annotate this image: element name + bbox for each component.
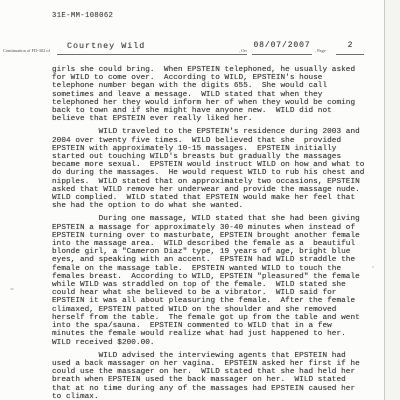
paragraph-1: girls she could bring. When EPSTEIN tele… xyxy=(52,66,370,123)
document-line: EPSTEIN with approximately 10-15 massage… xyxy=(52,145,370,153)
paragraph-4: WILD advised the interviewing agents tha… xyxy=(52,352,370,400)
scanned-document-page: 31E-MM-108062 Continuation of FD-302 of … xyxy=(0,0,400,400)
document-line: EPSTEIN it was all about pleasuring the … xyxy=(52,297,370,305)
document-line: asked that WILD remove her underwear and… xyxy=(52,186,370,194)
page-edge-scan-line xyxy=(384,0,385,400)
document-line: she had the option to do what she wanted… xyxy=(52,202,370,210)
document-line: telephone number began with the digits 6… xyxy=(52,82,370,90)
document-line: girls she could bring. When EPSTEIN tele… xyxy=(52,66,370,74)
scan-speck xyxy=(372,266,374,268)
document-line: used a back massager on her vagina. EPST… xyxy=(52,360,370,368)
page-label: , Page xyxy=(315,48,326,53)
scan-speck xyxy=(10,288,14,290)
on-label: , On xyxy=(239,48,247,53)
document-line: to climax. xyxy=(52,393,370,400)
document-line: herself from the table. The female got u… xyxy=(52,314,370,322)
document-line: During one massage, WILD stated that she… xyxy=(52,215,370,223)
document-line: female on the massage table. EPSTEIN wan… xyxy=(52,265,370,273)
date-field: 08/07/2007 xyxy=(252,41,312,55)
document-line: WILD received $200.00. xyxy=(52,339,370,347)
document-line: WILD traveled to the EPSTEIN's residence… xyxy=(52,128,370,136)
document-line: females breast. According to WILD, EPSTE… xyxy=(52,273,370,281)
document-line: sometimes and leave a message. WILD stat… xyxy=(52,91,370,99)
subject-name-field: Courtney Wild xyxy=(57,41,247,55)
document-line: eyes, and speaking with an accent. EPSTE… xyxy=(52,256,370,264)
paragraph-2: WILD traveled to the EPSTEIN's residence… xyxy=(52,128,370,210)
document-body: girls she could bring. When EPSTEIN tele… xyxy=(52,66,370,400)
continuation-header: Continuation of FD-302 of Courtney Wild … xyxy=(0,40,400,58)
document-line: EPSTEIN turning over to masturbate, EPST… xyxy=(52,232,370,240)
document-line: WILD advised the interviewing agents tha… xyxy=(52,352,370,360)
document-line: do during the massages. He would request… xyxy=(52,169,370,177)
document-line: minutes the female would realize what ha… xyxy=(52,330,370,338)
document-line: that at no time during any of the massag… xyxy=(52,385,370,393)
document-line: EPSTEIN a massage for approximately 30-4… xyxy=(52,224,370,232)
case-number: 31E-MM-108062 xyxy=(52,12,113,20)
paragraph-3: During one massage, WILD stated that she… xyxy=(52,215,370,346)
document-line: climaxed, EPSTEIN patted WILD on the sho… xyxy=(52,306,370,314)
page-number-field: 2 xyxy=(336,41,364,55)
document-line: started out touching WILD's breasts but … xyxy=(52,153,370,161)
document-line: breath when EPSTEIN used the back massag… xyxy=(52,376,370,384)
document-line: 2004 over twenty five times. WILD believ… xyxy=(52,137,370,145)
document-line: nipples. WILD stated that on approximate… xyxy=(52,178,370,186)
document-line: telephoned her they would inform her of … xyxy=(52,99,370,107)
document-line: back to town and if she might have anyon… xyxy=(52,107,370,115)
continuation-label: Continuation of FD-302 of xyxy=(3,48,55,53)
page-edge-strip xyxy=(385,0,400,400)
document-line: believe that EPSTEIN ever really liked h… xyxy=(52,115,370,123)
